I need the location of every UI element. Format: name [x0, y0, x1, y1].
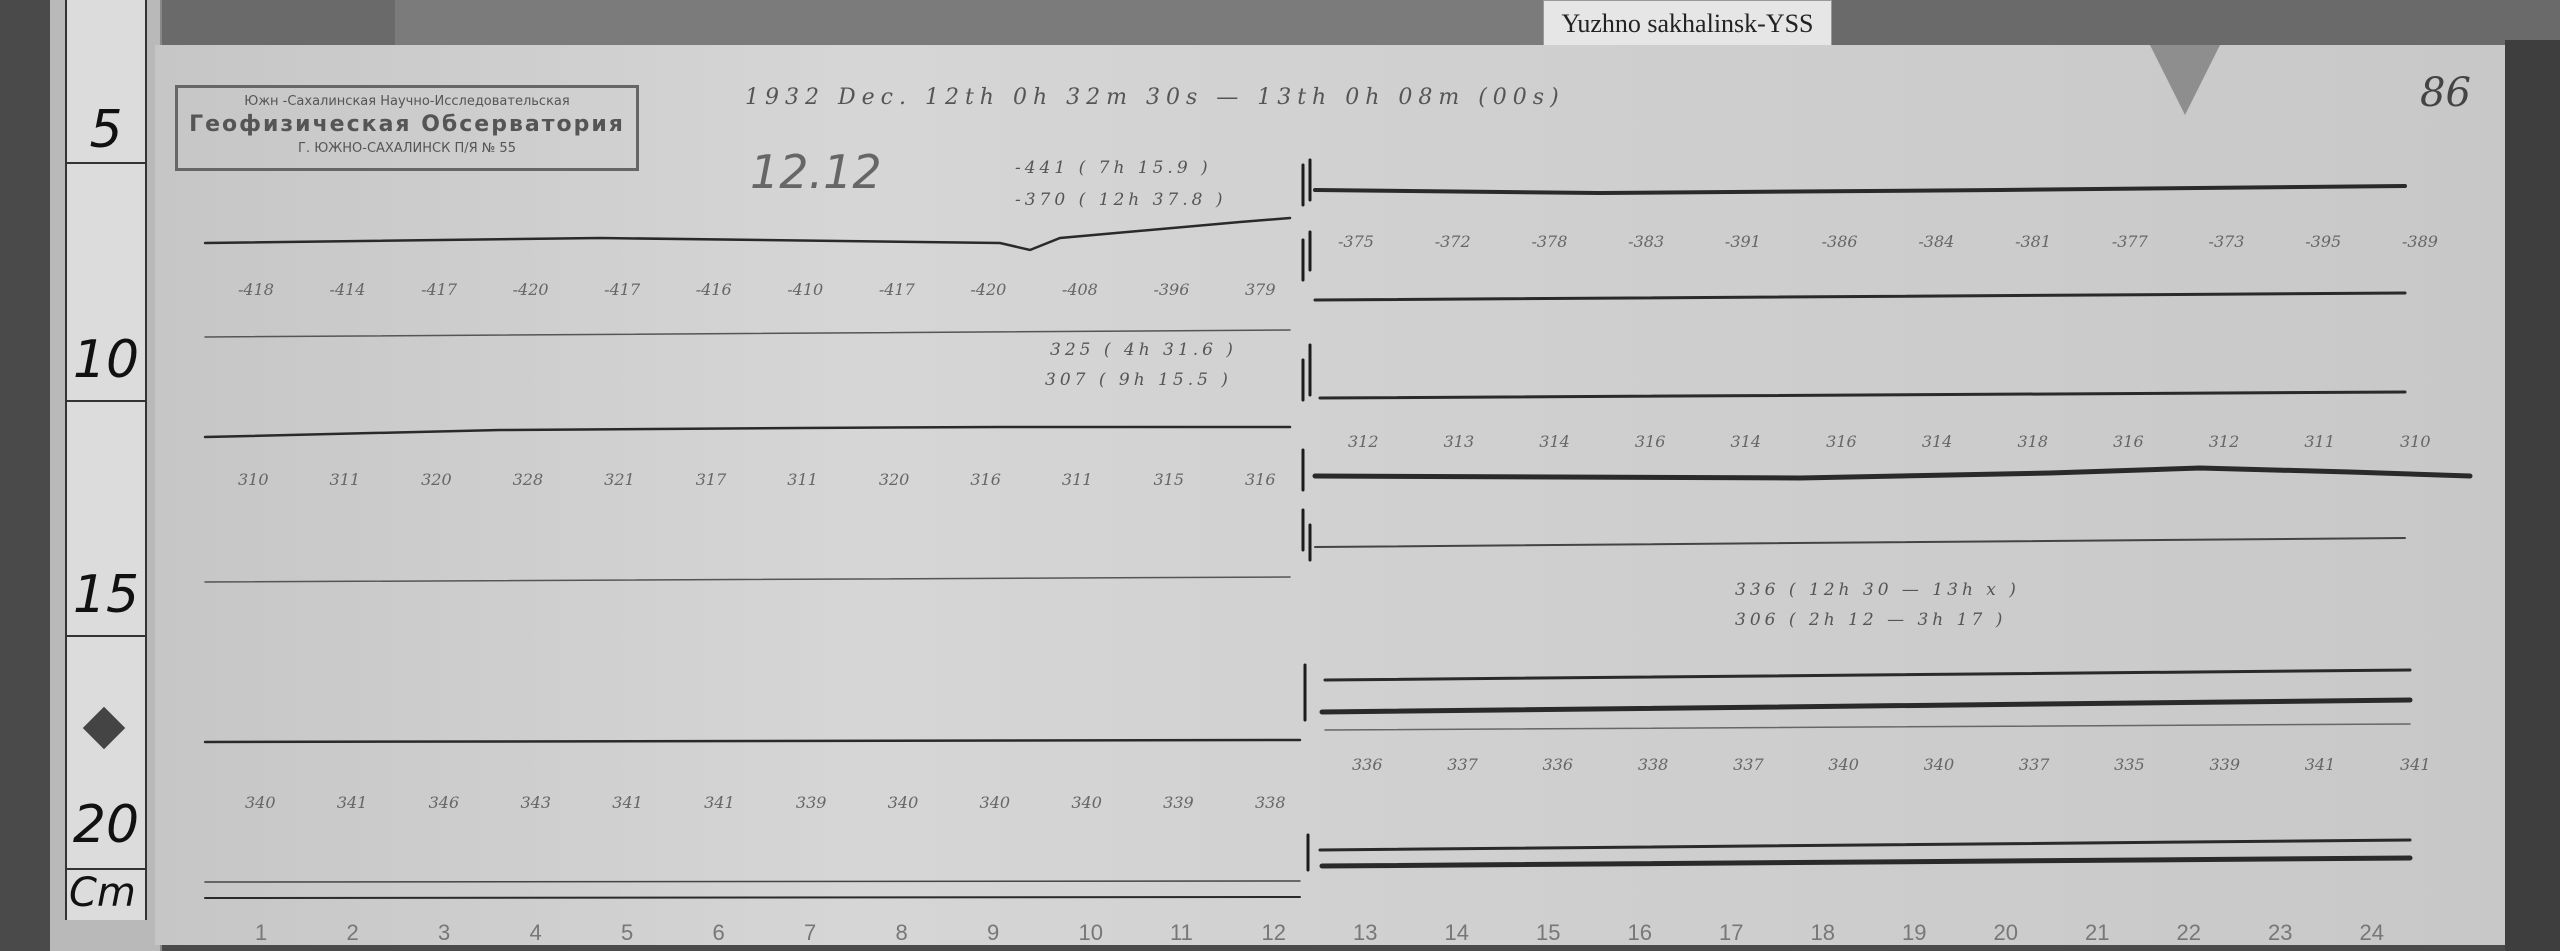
- trace-z-left: [205, 740, 1300, 742]
- scale-value: 314: [1922, 432, 1953, 451]
- baseline-right-2: [1315, 538, 2405, 547]
- hour-tick-label: 11: [1170, 920, 1193, 946]
- hour-tick-label: 15: [1536, 920, 1560, 946]
- scale-value: -373: [2209, 232, 2245, 251]
- hour-tick-label: 20: [1994, 920, 2018, 946]
- scale-value: 314: [1731, 432, 1762, 451]
- scale-value: 340: [1924, 755, 1955, 774]
- baseline-left-4: [205, 897, 1300, 898]
- scale-value: 320: [421, 470, 452, 489]
- scale-value: 338: [1255, 793, 1286, 812]
- hour-tick-label: 21: [2085, 920, 2109, 946]
- hour-tick-label: 5: [621, 920, 633, 946]
- baseline-right-4: [1325, 724, 2410, 730]
- scale-value: 311: [1062, 470, 1093, 489]
- scale-value: 337: [1733, 755, 1764, 774]
- hour-tick-label: 19: [1902, 920, 1926, 946]
- trace-h-left: [205, 218, 1290, 250]
- scale-value: 328: [513, 470, 544, 489]
- scale-value: 379: [1245, 280, 1276, 299]
- scale-value: 315: [1153, 470, 1184, 489]
- scale-value: -420: [513, 280, 549, 299]
- hour-tick-label: 23: [2268, 920, 2292, 946]
- baseline-left-3: [205, 881, 1300, 882]
- trace-d-right: [1315, 468, 2470, 478]
- baseline-left-2: [205, 577, 1290, 582]
- scale-value: 335: [2114, 755, 2145, 774]
- scale-value: 314: [1539, 432, 1570, 451]
- hour-tick-label: 16: [1628, 920, 1652, 946]
- scale-value: 317: [696, 470, 727, 489]
- scale-value: -410: [787, 280, 823, 299]
- scale-value: -375: [1338, 232, 1374, 251]
- scale-value: 337: [1447, 755, 1478, 774]
- hour-tick-label: 2: [347, 920, 359, 946]
- scale-value: 336: [1543, 755, 1574, 774]
- trace-bottom-right: [1322, 858, 2410, 866]
- scale-value: 321: [604, 470, 635, 489]
- scale-value: 318: [2017, 432, 2048, 451]
- scale-value: -417: [421, 280, 457, 299]
- scale-value: 341: [2400, 755, 2431, 774]
- scale-value: -384: [1918, 232, 1954, 251]
- scale-value: 310: [238, 470, 269, 489]
- scale-value: 336: [1352, 755, 1383, 774]
- scale-value: -408: [1062, 280, 1098, 299]
- scale-value: -417: [879, 280, 915, 299]
- scale-value: -378: [1531, 232, 1567, 251]
- scale-value: 316: [970, 470, 1001, 489]
- scale-value: 339: [1163, 793, 1194, 812]
- scale-value: -389: [2402, 232, 2438, 251]
- scale-value: -420: [970, 280, 1006, 299]
- hour-tick-label: 9: [987, 920, 999, 946]
- scale-value: -416: [696, 280, 732, 299]
- scale-value: 340: [1828, 755, 1859, 774]
- scale-value: 311: [2304, 432, 2335, 451]
- scale-value: 316: [1245, 470, 1276, 489]
- scale-value: -414: [330, 280, 366, 299]
- baseline-right-5: [1320, 840, 2410, 850]
- scale-value: 312: [2209, 432, 2240, 451]
- trace-d-baseline-right: [1320, 392, 2405, 398]
- hour-tick-label: 3: [438, 920, 450, 946]
- hour-tick-label: 13: [1353, 920, 1377, 946]
- scale-value: -377: [2112, 232, 2148, 251]
- scale-value: 311: [330, 470, 361, 489]
- scale-value: 340: [245, 793, 276, 812]
- hour-tick-label: 8: [896, 920, 908, 946]
- scale-value: 339: [2209, 755, 2240, 774]
- hour-tick-label: 12: [1262, 920, 1286, 946]
- scale-value: 316: [2113, 432, 2144, 451]
- scale-value: 341: [2305, 755, 2336, 774]
- scale-value: 343: [520, 793, 551, 812]
- hour-tick-label: 6: [713, 920, 725, 946]
- scale-value: -372: [1435, 232, 1471, 251]
- scale-value: 337: [2019, 755, 2050, 774]
- scale-value: 311: [787, 470, 818, 489]
- scale-value: 340: [1071, 793, 1102, 812]
- scale-value: -381: [2015, 232, 2051, 251]
- baseline-right-1: [1315, 293, 2405, 300]
- scale-value: 341: [704, 793, 735, 812]
- time-mark-lines: [1303, 160, 1310, 870]
- hour-tick-label: 17: [1719, 920, 1743, 946]
- trace-d-left: [205, 427, 1290, 437]
- hour-tick-label: 22: [2177, 920, 2201, 946]
- scale-value: 316: [1635, 432, 1666, 451]
- scale-value: 341: [337, 793, 368, 812]
- scale-value: 339: [796, 793, 827, 812]
- scale-value: -418: [238, 280, 274, 299]
- trace-h-right: [1315, 186, 2405, 193]
- hour-tick-label: 10: [1079, 920, 1103, 946]
- scale-value: 313: [1444, 432, 1475, 451]
- baseline-right-3: [1325, 670, 2410, 680]
- scale-value: 312: [1348, 432, 1379, 451]
- scale-value: 338: [1638, 755, 1669, 774]
- scale-value: -395: [2305, 232, 2341, 251]
- hour-tick-label: 1: [255, 920, 267, 946]
- scale-value: -396: [1153, 280, 1189, 299]
- hour-tick-label: 4: [530, 920, 542, 946]
- scale-value: 340: [888, 793, 919, 812]
- scale-value: 340: [980, 793, 1011, 812]
- scale-value: -391: [1725, 232, 1761, 251]
- scale-value: -383: [1628, 232, 1664, 251]
- trace-z-right: [1322, 700, 2410, 712]
- hour-tick-label: 18: [1811, 920, 1835, 946]
- hour-tick-label: 24: [2360, 920, 2384, 946]
- scale-value: 341: [612, 793, 643, 812]
- hour-tick-label: 7: [804, 920, 816, 946]
- baseline-left-1: [205, 330, 1290, 337]
- scale-value: 316: [1826, 432, 1857, 451]
- hour-tick-label: 14: [1445, 920, 1469, 946]
- scale-value: 320: [879, 470, 910, 489]
- scale-value: -386: [1822, 232, 1858, 251]
- scale-value: -417: [604, 280, 640, 299]
- scale-value: 346: [429, 793, 460, 812]
- scale-value: 310: [2400, 432, 2431, 451]
